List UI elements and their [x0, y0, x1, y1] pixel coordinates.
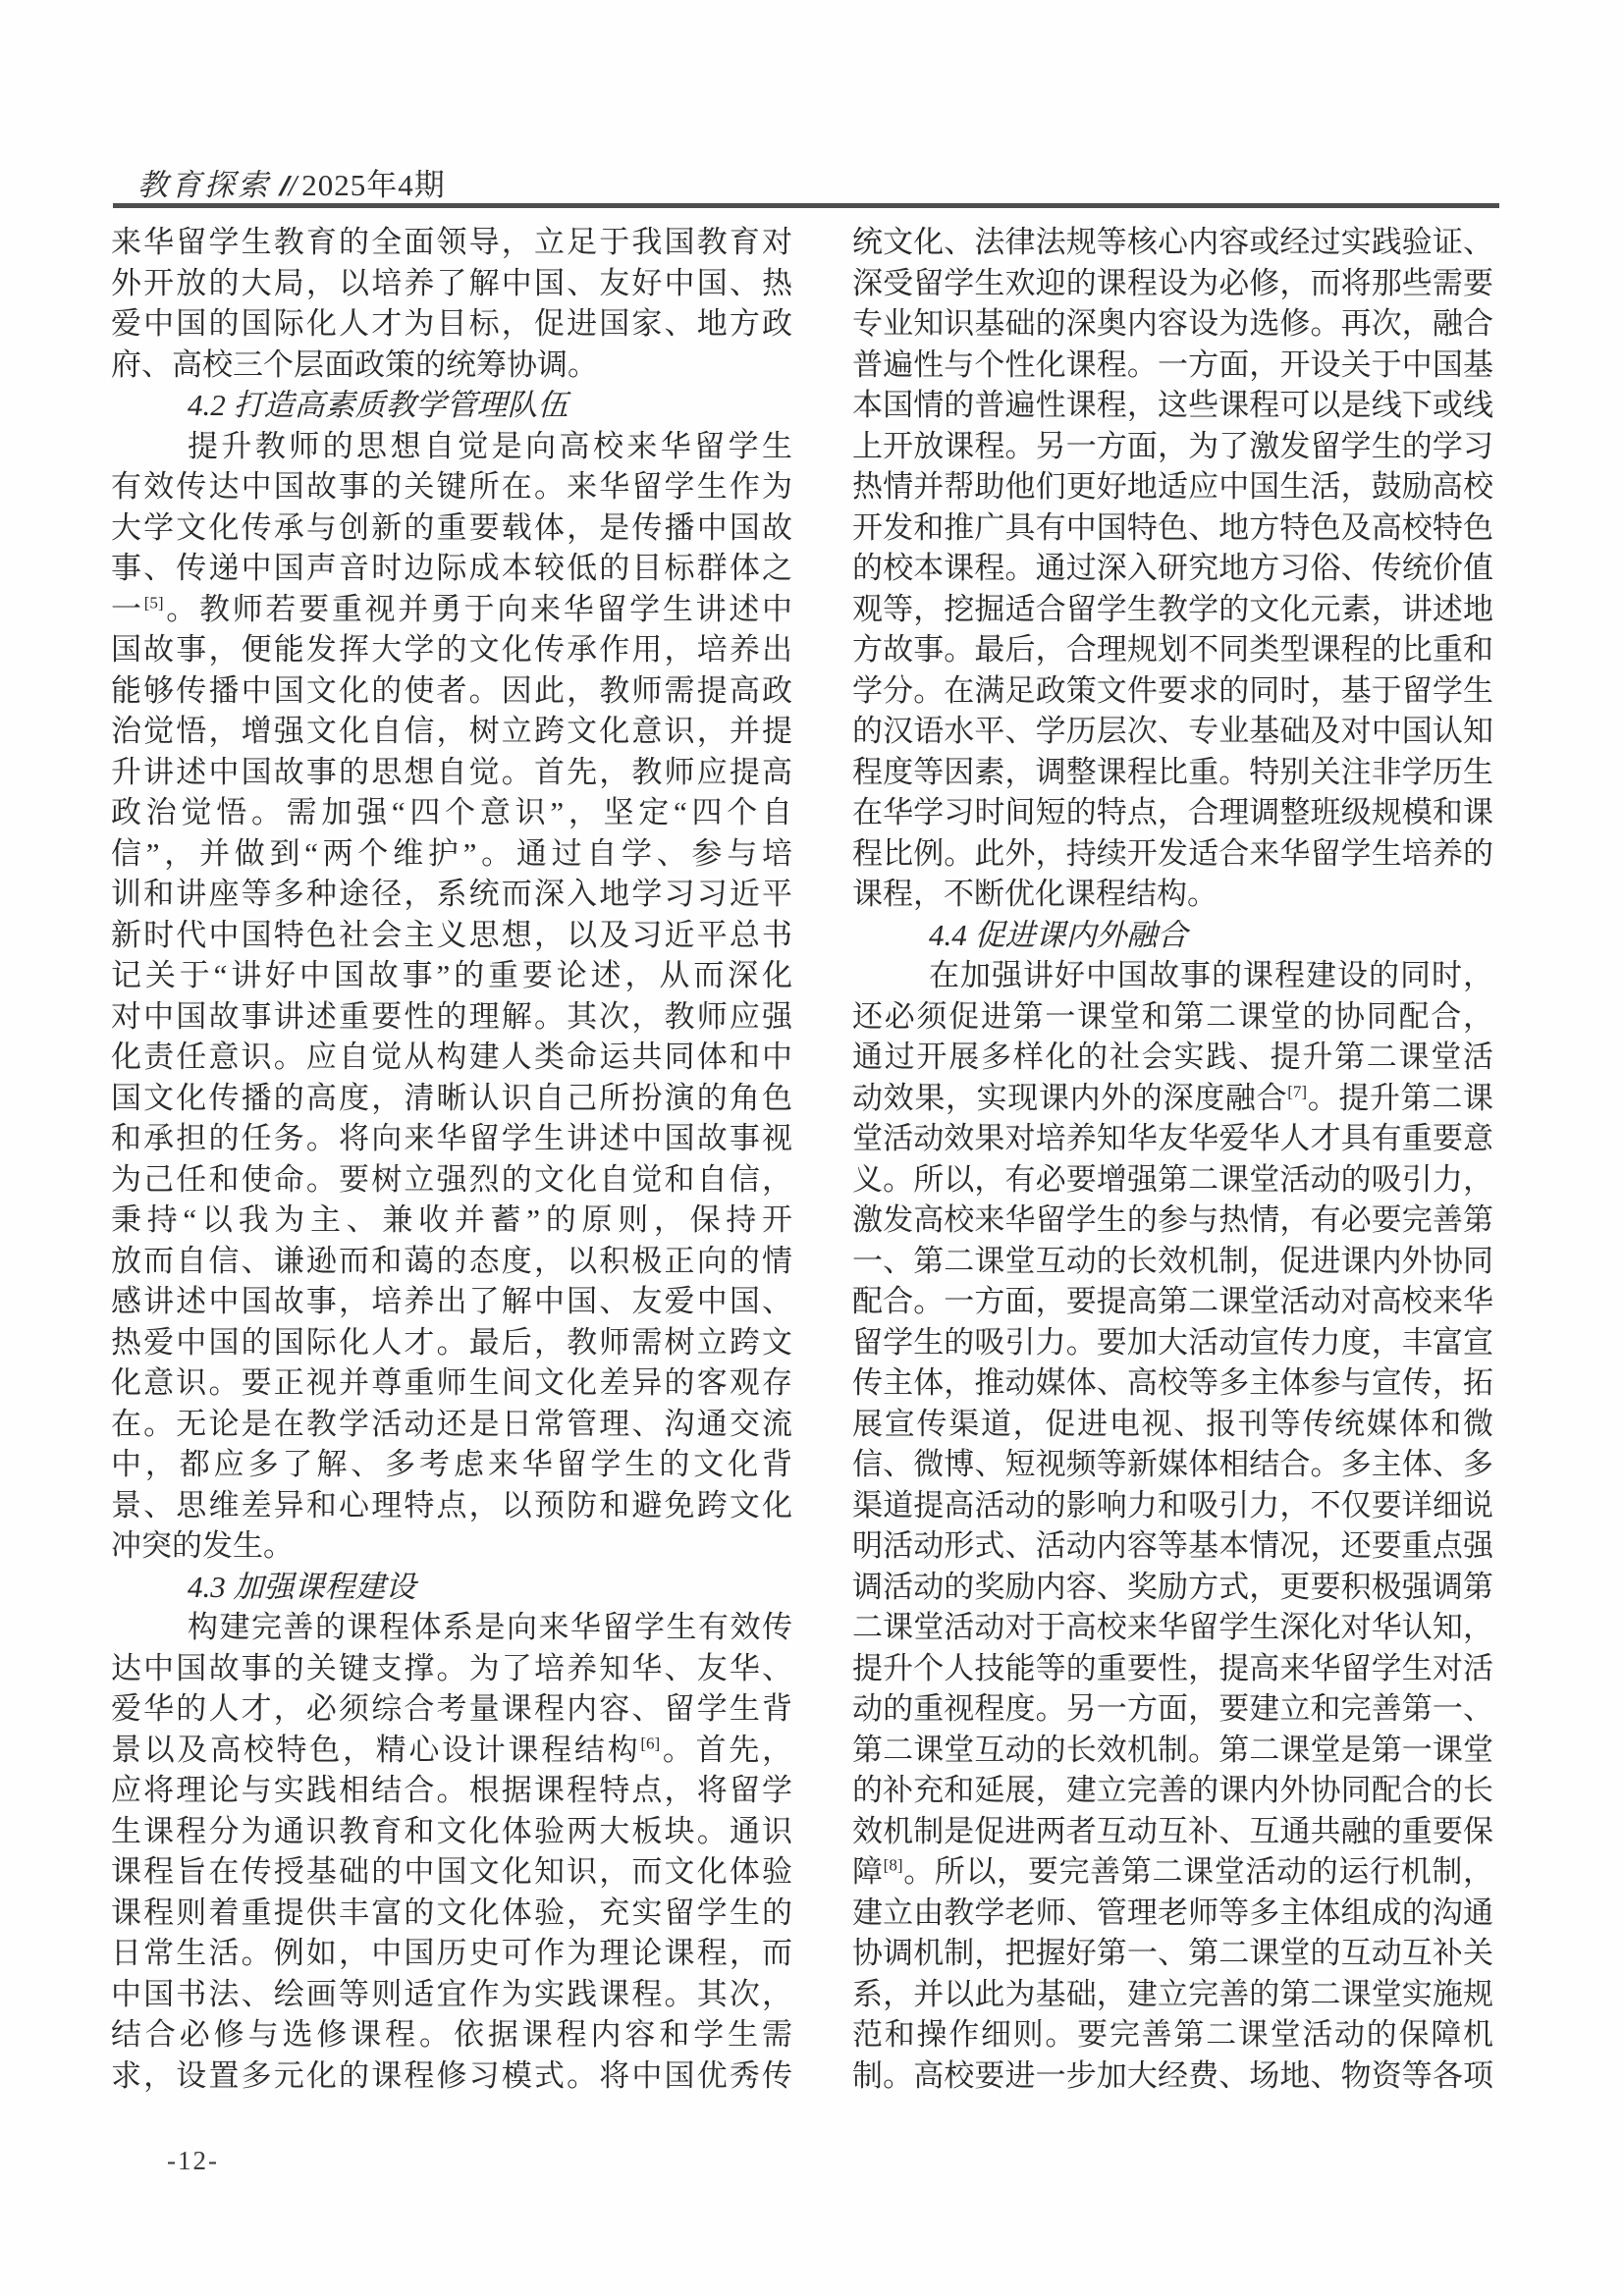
text-line: 课程，不断优化课程结构。 [852, 874, 1493, 915]
text-line: 学分。在满足政策文件要求的同时，基于留学生 [852, 670, 1493, 712]
text-line: 景、思维差异和心理特点，以预防和避免跨文化 [111, 1485, 792, 1526]
text-line: 深受留学生欢迎的课程设为必修，而将那些需要 [852, 263, 1493, 304]
text-line: 义。所以，有必要增强第二课堂活动的吸引力， [852, 1159, 1493, 1201]
text-line: 建立由教学老师、管理老师等多主体组成的沟通 [852, 1893, 1493, 1934]
journal-issue: 2025年4期 [301, 168, 446, 202]
citation-ref: [7] [1287, 1082, 1307, 1100]
text-line: 范和操作细则。要完善第二课堂活动的保障机 [852, 2014, 1493, 2056]
text-line: 信、微博、短视频等新媒体相结合。多主体、多 [852, 1444, 1493, 1485]
text-line: 明活动形式、活动内容等基本情况，还要重点强 [852, 1525, 1493, 1567]
text-line: 动效果，实现课内外的深度融合[7]。提升第二课 [852, 1078, 1493, 1119]
text-line: 国故事，便能发挥大学的文化传承作用，培养出 [111, 629, 792, 670]
header-rule [113, 203, 1499, 208]
text-line: 景以及高校特色，精心设计课程结构[6]。首先， [111, 1730, 792, 1771]
text-line: 有效传达中国故事的关键所在。来华留学生作为 [111, 466, 792, 507]
text-line: 冲突的发生。 [111, 1525, 792, 1567]
journal-page: 教育探索//2025年4期 来华留学生教育的全面领导，立足于我国教育对外开放的大… [0, 0, 1624, 2296]
text-line: 升讲述中国故事的思想自觉。首先，教师应提高 [111, 752, 792, 793]
text-line: 展宣传渠道，促进电视、报刊等传统媒体和微 [852, 1404, 1493, 1445]
text-line: 激发高校来华留学生的参与热情，有必要完善第 [852, 1200, 1493, 1241]
text-line: 求，设置多元化的课程修习模式。将中国优秀传 [111, 2056, 792, 2097]
text-line: 生课程分为通识教育和文化体验两大板块。通识 [111, 1811, 792, 1852]
left-column: 来华留学生教育的全面领导，立足于我国教育对外开放的大局，以培养了解中国、友好中国… [111, 222, 792, 2096]
text-line: 效机制是促进两者互动互补、互通共融的重要保 [852, 1811, 1493, 1852]
text-line: 在加强讲好中国故事的课程建设的同时， [852, 955, 1493, 996]
text-line: 还必须促进第一课堂和第二课堂的协同配合， [852, 996, 1493, 1038]
journal-title: 教育探索 [137, 168, 271, 202]
text-line: 第二课堂互动的长效机制。第二课堂是第一课堂 [852, 1730, 1493, 1771]
text-line: 府、高校三个层面政策的统筹协调。 [111, 345, 792, 386]
text-line: 上开放课程。另一方面，为了激发留学生的学习 [852, 426, 1493, 467]
text-line: 达中国故事的关键支撑。为了培养知华、友华、 [111, 1648, 792, 1689]
text-line: 课程旨在传授基础的中国文化知识，而文化体验 [111, 1851, 792, 1893]
text-line: 统文化、法律法规等核心内容或经过实践验证、 [852, 222, 1493, 263]
text-line: 系，并以此为基础，建立完善的第二课堂实施规 [852, 1974, 1493, 2015]
text-line: 提升个人技能等的重要性，提高来华留学生对活 [852, 1648, 1493, 1689]
text-line: 感讲述中国故事，培养出了解中国、友爱中国、 [111, 1281, 792, 1322]
text-line: 来华留学生教育的全面领导，立足于我国教育对 [111, 222, 792, 263]
right-column: 统文化、法律法规等核心内容或经过实践验证、深受留学生欢迎的课程设为必修，而将那些… [852, 222, 1493, 2096]
text-line: 堂活动效果对培养知华友华爱华人才具有重要意 [852, 1118, 1493, 1159]
text-line: 新时代中国特色社会主义思想，以及习近平总书 [111, 915, 792, 956]
text-line: 对中国故事讲述重要性的理解。其次，教师应强 [111, 996, 792, 1038]
text-line: 方故事。最后，合理规划不同类型课程的比重和 [852, 629, 1493, 670]
text-line: 二课堂活动对于高校来华留学生深化对华认知， [852, 1607, 1493, 1648]
text-line: 配合。一方面，要提高第二课堂活动对高校来华 [852, 1281, 1493, 1322]
text-line: 训和讲座等多种途径，系统而深入地学习习近平 [111, 874, 792, 915]
text-line: 观等，挖掘适合留学生教学的文化元素，讲述地 [852, 589, 1493, 630]
text-line: 爱华的人才，必须综合考量课程内容、留学生背 [111, 1688, 792, 1730]
text-line: 传主体，推动媒体、高校等多主体参与宣传，拓 [852, 1362, 1493, 1404]
text-line: 能够传播中国文化的使者。因此，教师需提高政 [111, 670, 792, 712]
text-line: 化责任意识。应自觉从构建人类命运共同体和中 [111, 1037, 792, 1078]
text-line: 留学生的吸引力。要加大活动宣传力度，丰富宣 [852, 1322, 1493, 1363]
page-header: 教育探索//2025年4期 [137, 160, 446, 204]
text-line: 构建完善的课程体系是向来华留学生有效传 [111, 1607, 792, 1648]
text-line: 制。高校要进一步加大经费、场地、物资等各项 [852, 2056, 1493, 2097]
text-line: 热爱中国的国际化人才。最后，教师需树立跨文 [111, 1322, 792, 1363]
text-line: 为己任和使命。要树立强烈的文化自觉和自信， [111, 1159, 792, 1201]
text-line: 提升教师的思想自觉是向高校来华留学生 [111, 426, 792, 467]
text-line: 秉持“以我为主、兼收并蓄”的原则，保持开 [111, 1200, 792, 1241]
text-line: 化意识。要正视并尊重师生间文化差异的客观存 [111, 1362, 792, 1404]
text-line: 的汉语水平、学历层次、专业基础及对中国认知 [852, 711, 1493, 752]
text-line: 本国情的普遍性课程，这些课程可以是线下或线 [852, 385, 1493, 426]
section-heading: 4.3 加强课程建设 [111, 1567, 792, 1608]
text-line: 协调机制，把握好第一、第二课堂的互动互补关 [852, 1933, 1493, 1974]
text-line: 障[8]。所以，要完善第二课堂活动的运行机制， [852, 1851, 1493, 1893]
section-heading: 4.4 促进课内外融合 [852, 915, 1493, 956]
text-line: 在。无论是在教学活动还是日常管理、沟通交流 [111, 1404, 792, 1445]
text-line: 的补充和延展，建立完善的课内外协同配合的长 [852, 1770, 1493, 1811]
text-line: 程比例。此外，持续开发适合来华留学生培养的 [852, 833, 1493, 875]
text-line: 通过开展多样化的社会实践、提升第二课堂活 [852, 1037, 1493, 1078]
text-line: 中国书法、绘画等则适宜作为实践课程。其次， [111, 1974, 792, 2015]
text-line: 结合必修与选修课程。依据课程内容和学生需 [111, 2014, 792, 2056]
section-heading: 4.2 打造高素质教学管理队伍 [111, 385, 792, 426]
text-line: 和承担的任务。将向来华留学生讲述中国故事视 [111, 1118, 792, 1159]
text-line: 调活动的奖励内容、奖励方式，更要积极强调第 [852, 1567, 1493, 1608]
text-line: 中，都应多了解、多考虑来华留学生的文化背 [111, 1444, 792, 1485]
text-line: 治觉悟，增强文化自信，树立跨文化意识，并提 [111, 711, 792, 752]
text-line: 放而自信、谦逊而和蔼的态度，以积极正向的情 [111, 1241, 792, 1282]
citation-ref: [8] [884, 1856, 903, 1875]
text-line: 国文化传播的高度，清晰认识自己所扮演的角色 [111, 1078, 792, 1119]
page-number: -12- [167, 2146, 219, 2176]
text-line: 政治觉悟。需加强“四个意识”，坚定“四个自 [111, 792, 792, 833]
text-line: 应将理论与实践相结合。根据课程特点，将留学 [111, 1770, 792, 1811]
text-line: 大学文化传承与创新的重要载体，是传播中国故 [111, 507, 792, 549]
text-line: 记关于“讲好中国故事”的重要论述，从而深化 [111, 955, 792, 996]
text-line: 专业知识基础的深奥内容设为选修。再次，融合 [852, 303, 1493, 345]
header-separator-bold: / [280, 168, 289, 202]
text-line: 课程则着重提供丰富的文化体验，充实留学生的 [111, 1893, 792, 1934]
text-line: 一、第二课堂互动的长效机制，促进课内外协同 [852, 1241, 1493, 1282]
text-line: 的校本课程。通过深入研究地方习俗、传统价值 [852, 548, 1493, 589]
citation-ref: [6] [640, 1734, 660, 1752]
text-line: 渠道提高活动的影响力和吸引力，不仅要详细说 [852, 1485, 1493, 1526]
citation-ref: [5] [144, 593, 164, 612]
text-line: 开发和推广具有中国特色、地方特色及高校特色 [852, 507, 1493, 549]
text-line: 在华学习时间短的特点，合理调整班级规模和课 [852, 792, 1493, 833]
text-line: 动的重视程度。另一方面，要建立和完善第一、 [852, 1688, 1493, 1730]
text-line: 热情并帮助他们更好地适应中国生活，鼓励高校 [852, 466, 1493, 507]
text-line: 爱中国的国际化人才为目标，促进国家、地方政 [111, 303, 792, 345]
text-line: 程度等因素，调整课程比重。特别关注非学历生 [852, 752, 1493, 793]
text-line: 普遍性与个性化课程。一方面，开设关于中国基 [852, 345, 1493, 386]
text-line: 外开放的大局，以培养了解中国、友好中国、热 [111, 263, 792, 304]
text-line: 一[5]。教师若要重视并勇于向来华留学生讲述中 [111, 589, 792, 630]
text-line: 日常生活。例如，中国历史可作为理论课程，而 [111, 1933, 792, 1974]
header-separator-thin: / [289, 168, 298, 202]
text-line: 信”，并做到“两个维护”。通过自学、参与培 [111, 833, 792, 875]
text-line: 事、传递中国声音时边际成本较低的目标群体之 [111, 548, 792, 589]
